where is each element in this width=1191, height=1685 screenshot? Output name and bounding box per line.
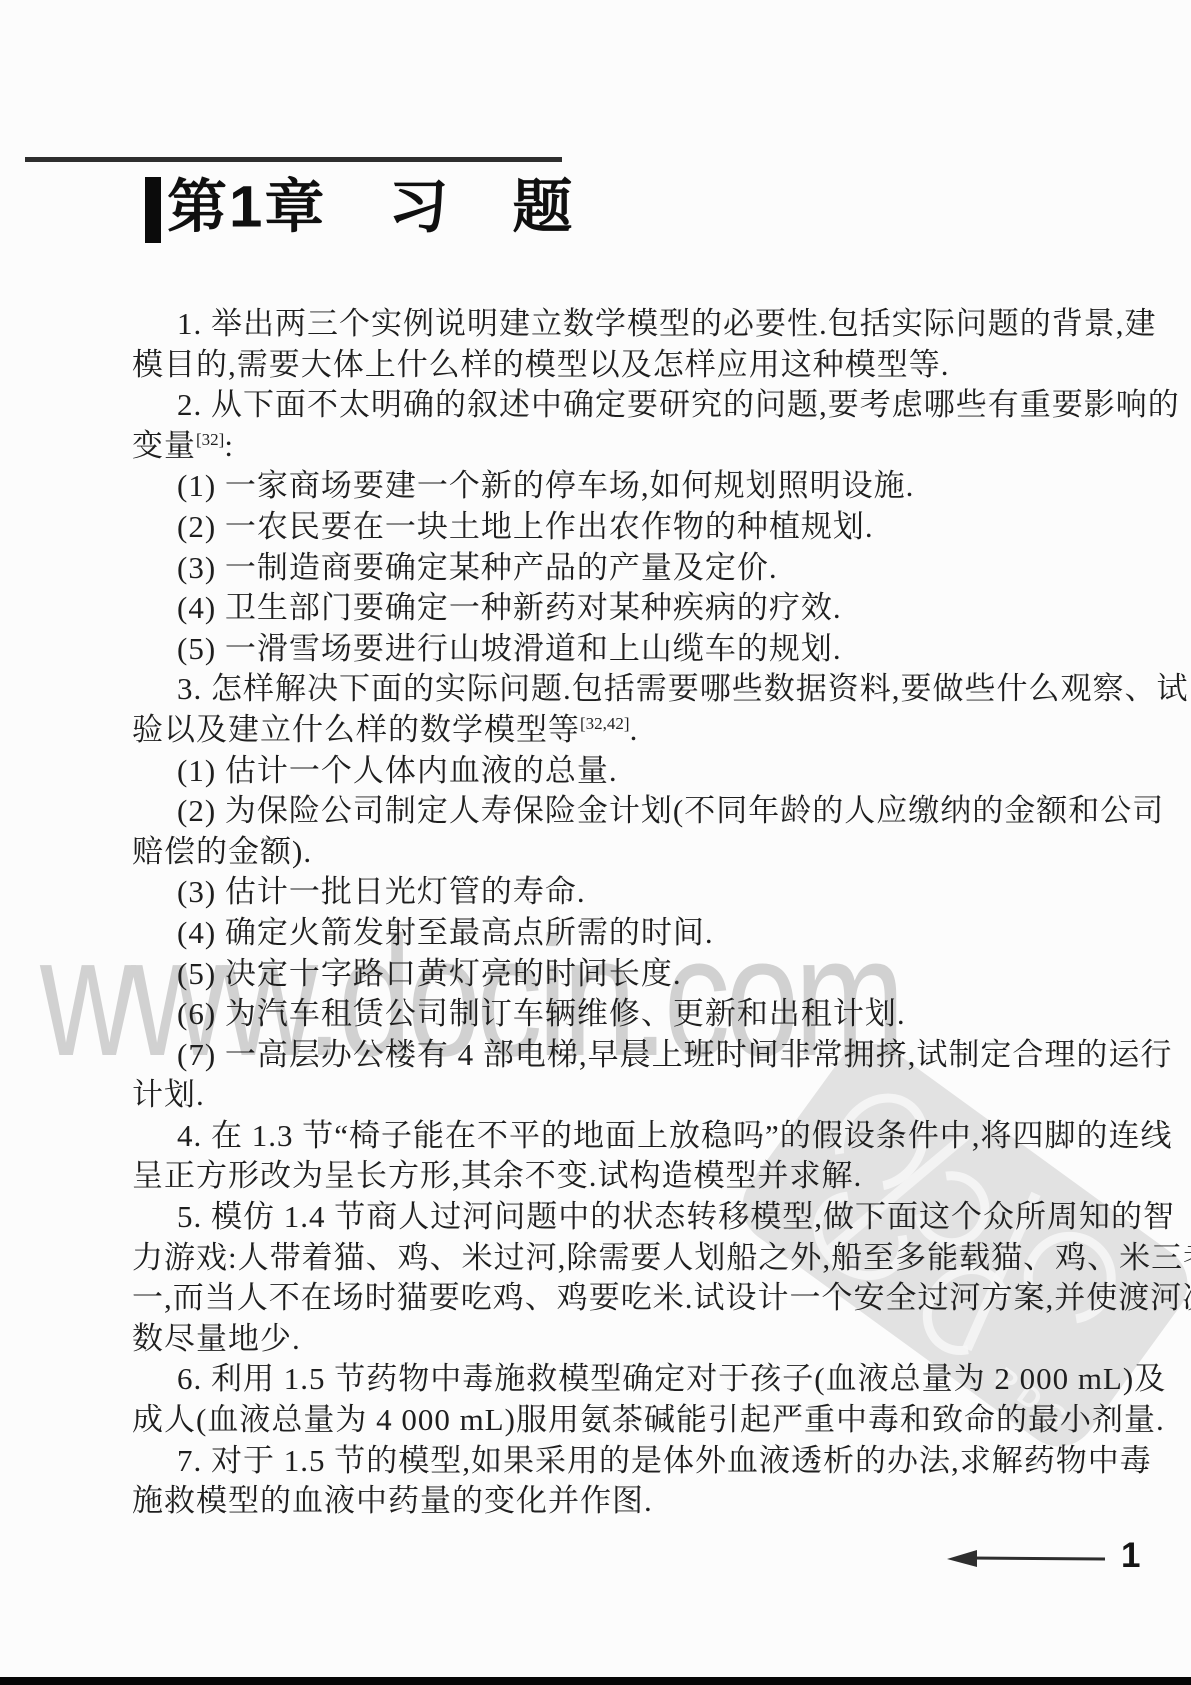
chapter-heading: 第1章 习 题 <box>145 175 574 243</box>
text-line: 计划. <box>132 1075 1164 1116</box>
text-line: (4) 卫生部门要确定一种新药对某种疾病的疗效. <box>132 588 1164 629</box>
text-line: (5) 决定十字路口黄灯亮的时间长度. <box>132 954 1164 995</box>
reference-superscript: [32,42] <box>580 714 630 733</box>
page-footer: 1 <box>945 1536 1140 1576</box>
text-line: (1) 一家商场要建一个新的停车场,如何规划照明设施. <box>132 466 1164 507</box>
text-line: 7. 对于 1.5 节的模型,如果采用的是体外血液透析的办法,求解药物中毒 <box>132 1441 1164 1482</box>
text-line: 验以及建立什么样的数学模型等[32,42]. <box>132 710 1164 751</box>
text-line: 5. 模仿 1.4 节商人过河问题中的状态转移模型,做下面这个众所周知的智 <box>132 1197 1164 1238</box>
text-line: 力游戏:人带着猫、鸡、米过河,除需要人划船之外,船至多能载猫、鸡、米三者之 <box>132 1238 1164 1279</box>
reference-superscript: [32] <box>196 430 224 449</box>
text-line: (6) 为汽车租赁公司制订车辆维修、更新和出租计划. <box>132 994 1164 1035</box>
text-line: (3) 一制造商要确定某种产品的产量及定价. <box>132 548 1164 589</box>
text-line: 3. 怎样解决下面的实际问题.包括需要哪些数据资料,要做些什么观察、试 <box>132 669 1164 710</box>
text-line: (3) 估计一批日光灯管的寿命. <box>132 872 1164 913</box>
exercise-text-block: 1. 举出两三个实例说明建立数学模型的必要性.包括实际问题的背景,建模目的,需要… <box>132 304 1164 1522</box>
chapter-marker-bar <box>145 177 161 243</box>
page-number: 1 <box>1121 1536 1140 1576</box>
text-line: (2) 为保险公司制定人寿保险金计划(不同年龄的人应缴纳的金额和公司 <box>132 791 1164 832</box>
chapter-heading-rule <box>25 157 562 162</box>
text-line: 施救模型的血液中药量的变化并作图. <box>132 1481 1164 1522</box>
text-line: 4. 在 1.3 节“椅子能在不平的地面上放稳吗”的假设条件中,将四脚的连线 <box>132 1116 1164 1157</box>
scan-edge-strip <box>0 1677 1191 1685</box>
text-line: 数尽量地少. <box>132 1319 1164 1360</box>
text-line: (4) 确定火箭发射至最高点所需的时间. <box>132 913 1164 954</box>
text-line: 变量[32]: <box>132 426 1164 467</box>
scanned-page: 第1章 习 题 www.docin.com PDG 1. 举出两三个实例说明建立… <box>0 0 1191 1685</box>
text-line: 呈正方形改为呈长方形,其余不变.试构造模型并求解. <box>132 1156 1164 1197</box>
text-line: (2) 一农民要在一块土地上作出农作物的种植规划. <box>132 507 1164 548</box>
text-line: (1) 估计一个人体内血液的总量. <box>132 751 1164 792</box>
text-line: 成人(血液总量为 4 000 mL)服用氨茶碱能引起严重中毒和致命的最小剂量. <box>132 1400 1164 1441</box>
left-arrow-icon <box>945 1546 1107 1572</box>
text-line: 6. 利用 1.5 节药物中毒施救模型确定对于孩子(血液总量为 2 000 mL… <box>132 1359 1164 1400</box>
text-line: 1. 举出两三个实例说明建立数学模型的必要性.包括实际问题的背景,建 <box>132 304 1164 345</box>
text-line: 赔偿的金额). <box>132 832 1164 873</box>
text-line: 一,而当人不在场时猫要吃鸡、鸡要吃米.试设计一个安全过河方案,并使渡河次 <box>132 1278 1164 1319</box>
text-line: 模目的,需要大体上什么样的模型以及怎样应用这种模型等. <box>132 345 1164 386</box>
text-line: (7) 一高层办公楼有 4 部电梯,早晨上班时间非常拥挤,试制定合理的运行 <box>132 1035 1164 1076</box>
text-line: 2. 从下面不太明确的叙述中确定要研究的问题,要考虑哪些有重要影响的 <box>132 385 1164 426</box>
chapter-title: 第1章 习 题 <box>167 175 574 239</box>
text-line: (5) 一滑雪场要进行山坡滑道和上山缆车的规划. <box>132 629 1164 670</box>
